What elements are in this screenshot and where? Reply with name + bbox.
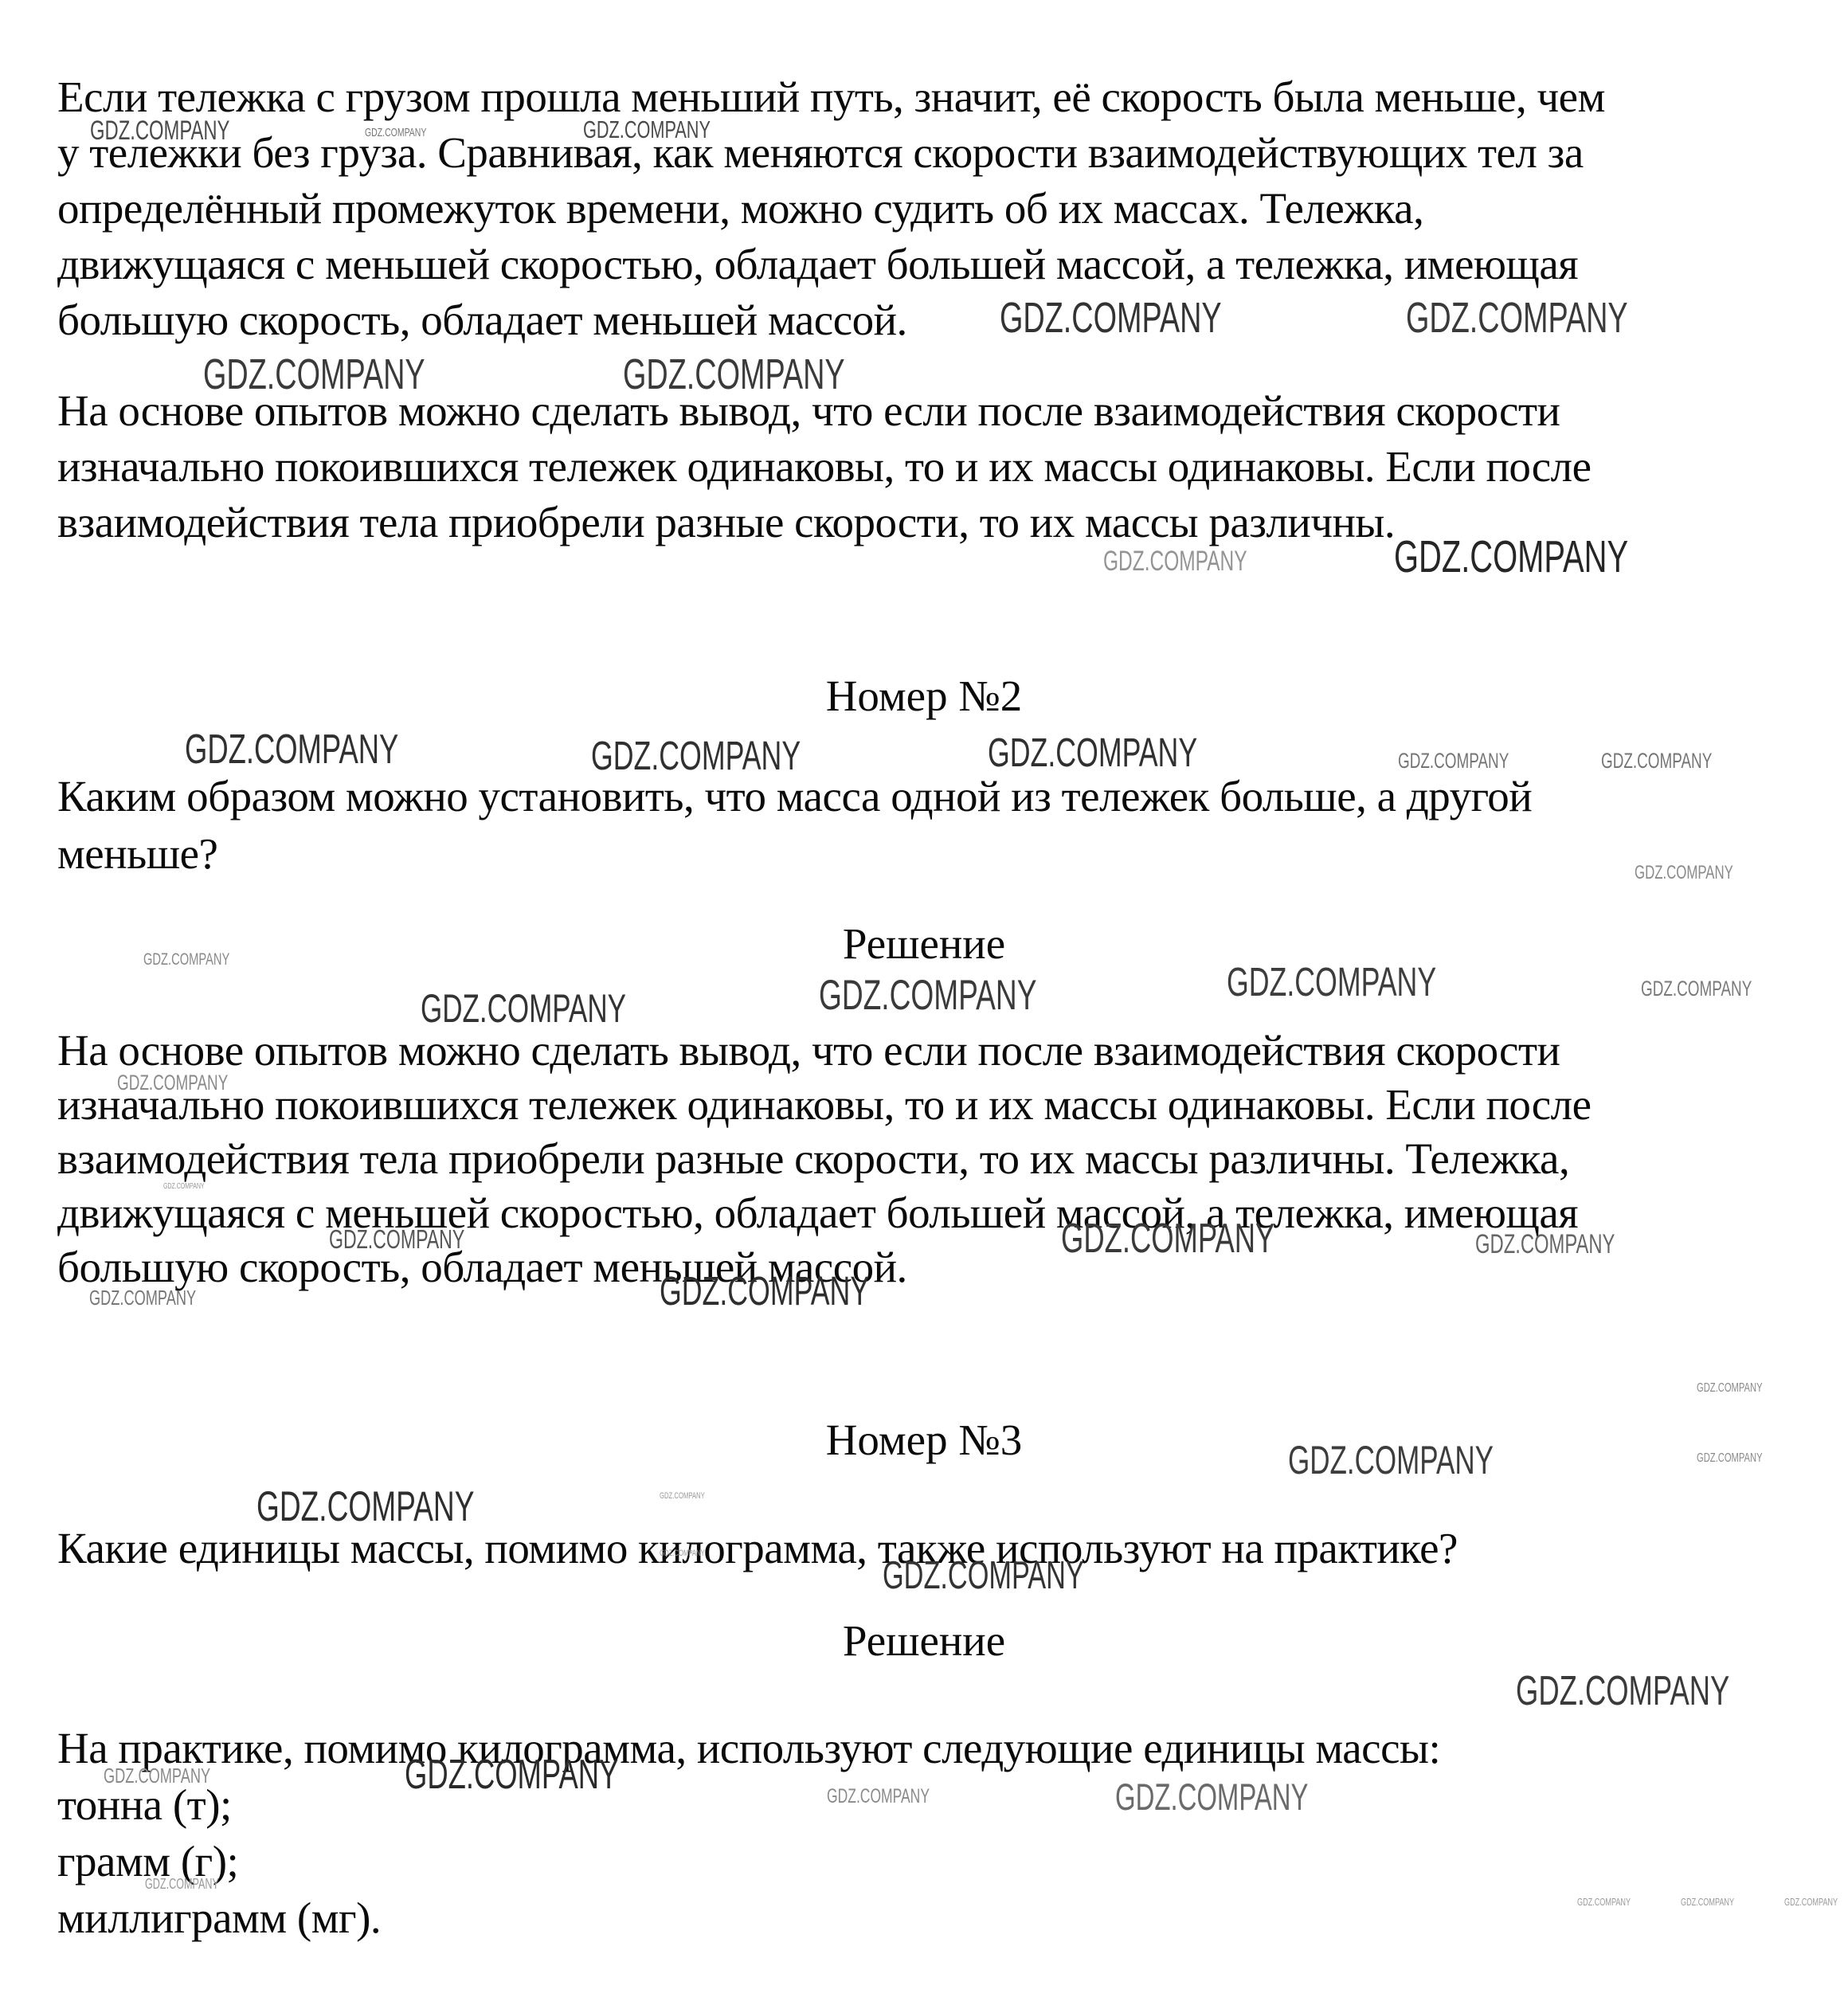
task-2-heading-text: Номер №2: [826, 672, 1023, 720]
gdz-company-watermark: GDZ.COMPANY: [1398, 750, 1509, 772]
task-2-heading: Номер №2: [0, 671, 1848, 721]
gdz-company-watermark: GDZ.COMPANY: [143, 951, 229, 968]
gdz-company-watermark: GDZ.COMPANY: [1601, 750, 1712, 772]
text-line: изначально покоившихся тележек одинаковы…: [57, 439, 1592, 495]
gdz-company-watermark: GDZ.COMPANY: [660, 1492, 705, 1501]
task-2-solution-paragraph: На основе опытов можно сделать вывод, чт…: [57, 1024, 1592, 1294]
gdz-company-watermark: GDZ.COMPANY: [827, 1787, 930, 1807]
text-line: грамм (г);: [57, 1833, 1440, 1889]
gdz-company-watermark: GDZ.COMPANY: [883, 1557, 1084, 1596]
gdz-company-watermark: GDZ.COMPANY: [1784, 1897, 1838, 1907]
document-page: Если тележка с грузом прошла меньший пут…: [0, 0, 1848, 2001]
gdz-company-watermark: GDZ.COMPANY: [1061, 1218, 1274, 1259]
gdz-company-watermark: GDZ.COMPANY: [405, 1754, 618, 1795]
gdz-company-watermark: GDZ.COMPANY: [1681, 1897, 1734, 1907]
gdz-company-watermark: GDZ.COMPANY: [660, 1549, 705, 1558]
task-3-solution-heading: Решение: [0, 1615, 1848, 1666]
text-line: большую скорость, обладает меньшей массо…: [57, 292, 1605, 348]
gdz-company-watermark: GDZ.COMPANY: [1103, 547, 1247, 575]
gdz-company-watermark: GDZ.COMPANY: [117, 1072, 228, 1094]
gdz-company-watermark: GDZ.COMPANY: [104, 1765, 210, 1786]
gdz-company-watermark: GDZ.COMPANY: [329, 1226, 464, 1252]
task-3-heading-text: Номер №3: [826, 1416, 1023, 1464]
task-2-solution-heading: Решение: [0, 918, 1848, 969]
gdz-company-watermark: GDZ.COMPANY: [1115, 1778, 1308, 1815]
task-3-solution-paragraph: На практике, помимо килограмма, использу…: [57, 1720, 1440, 1946]
gdz-company-watermark: GDZ.COMPANY: [1288, 1440, 1494, 1480]
gdz-company-watermark: GDZ.COMPANY: [1406, 296, 1628, 339]
task-2-question: Каким образом можно установить, что масс…: [57, 768, 1532, 883]
text-line: миллиграмм (мг).: [57, 1889, 1440, 1946]
text-line: На основе опытов можно сделать вывод, чт…: [57, 1024, 1592, 1078]
gdz-company-watermark: GDZ.COMPANY: [365, 127, 426, 139]
text-line: у тележки без груза. Сравнивая, как меня…: [57, 125, 1605, 181]
gdz-company-watermark: GDZ.COMPANY: [256, 1486, 474, 1528]
gdz-company-watermark: GDZ.COMPANY: [988, 732, 1197, 773]
text-line: изначально покоившихся тележек одинаковы…: [57, 1078, 1592, 1132]
intro-answer-paragraph: Если тележка с грузом прошла меньший пут…: [57, 69, 1605, 348]
gdz-company-watermark: GDZ.COMPANY: [203, 353, 425, 396]
gdz-company-watermark: GDZ.COMPANY: [1516, 1670, 1729, 1712]
text-line: движущаяся с меньшей скоростью, обладает…: [57, 237, 1605, 292]
text-line: движущаяся с меньшей скоростью, обладает…: [57, 1186, 1592, 1240]
gdz-company-watermark: GDZ.COMPANY: [1000, 296, 1222, 339]
text-line: определённый промежуток времени, можно с…: [57, 181, 1605, 237]
gdz-company-watermark: GDZ.COMPANY: [1577, 1897, 1631, 1907]
text-line: взаимодействия тела приобрели разные ско…: [57, 1132, 1592, 1186]
gdz-company-watermark: GDZ.COMPANY: [819, 974, 1036, 1016]
gdz-company-watermark: GDZ.COMPANY: [1475, 1231, 1615, 1258]
gdz-company-watermark: GDZ.COMPANY: [591, 735, 801, 776]
text-line: взаимодействия тела приобрели разные ско…: [57, 495, 1592, 550]
conclusion-paragraph: На основе опытов можно сделать вывод, чт…: [57, 383, 1592, 550]
task-2-solution-heading-text: Решение: [843, 919, 1005, 968]
gdz-company-watermark: GDZ.COMPANY: [660, 1271, 869, 1311]
gdz-company-watermark: GDZ.COMPANY: [1697, 1382, 1763, 1395]
gdz-company-watermark: GDZ.COMPANY: [1635, 863, 1733, 883]
gdz-company-watermark: GDZ.COMPANY: [1394, 535, 1628, 580]
text-line: Если тележка с грузом прошла меньший пут…: [57, 69, 1605, 125]
gdz-company-watermark: GDZ.COMPANY: [623, 353, 845, 396]
gdz-company-watermark: GDZ.COMPANY: [1641, 978, 1752, 1000]
text-line: На практике, помимо килограмма, использу…: [57, 1720, 1440, 1776]
task-3-heading: Номер №3: [0, 1415, 1848, 1465]
gdz-company-watermark: GDZ.COMPANY: [583, 117, 711, 142]
gdz-company-watermark: GDZ.COMPANY: [421, 989, 626, 1028]
gdz-company-watermark: GDZ.COMPANY: [90, 117, 229, 144]
gdz-company-watermark: GDZ.COMPANY: [1697, 1452, 1763, 1465]
gdz-company-watermark: GDZ.COMPANY: [145, 1877, 219, 1891]
gdz-company-watermark: GDZ.COMPANY: [1227, 961, 1436, 1002]
task-3-solution-heading-text: Решение: [843, 1616, 1005, 1665]
text-line: меньше?: [57, 825, 1532, 883]
gdz-company-watermark: GDZ.COMPANY: [163, 1183, 205, 1191]
gdz-company-watermark: GDZ.COMPANY: [89, 1287, 196, 1308]
gdz-company-watermark: GDZ.COMPANY: [185, 729, 398, 770]
